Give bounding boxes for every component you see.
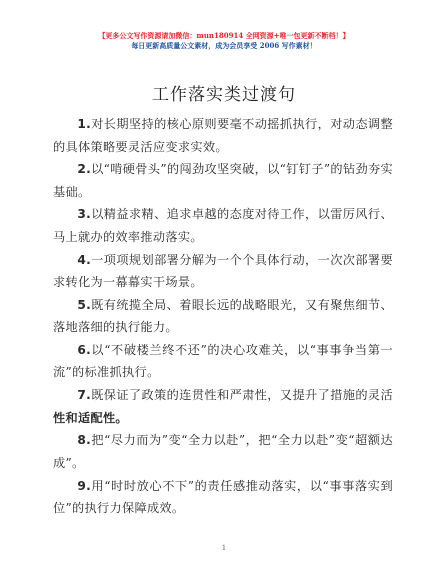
item-text: 以“啃硬骨头”的闯劲攻坚突破，以“钉钉子”的钻劲夯实基础。 bbox=[53, 162, 393, 199]
item-number: 6. bbox=[77, 343, 91, 357]
item-text: 把“尽力而为”变“全力以赴”，把“全力以赴”变“超额达成”。 bbox=[53, 433, 393, 470]
item-number: 1. bbox=[77, 117, 91, 131]
promo-line-2: 每日更新高质量公文素材，成为会员享受 2006 写作素材！ bbox=[0, 41, 448, 51]
item-text: 以“不破楼兰终不还”的决心攻难关，以“事事争当第一流”的标准抓执行。 bbox=[53, 343, 393, 380]
list-item-1: 1.对长期坚持的核心原则要毫不动摇抓执行，对动态调整的具体策略要灵活应变求实效。 bbox=[53, 113, 393, 158]
list-item-6: 6.以“不破楼兰终不还”的决心攻难关，以“事事争当第一流”的标准抓执行。 bbox=[53, 339, 393, 384]
item-text: 以精益求精、追求卓越的态度对待工作，以雷厉风行、马上就办的效率推动落实。 bbox=[53, 207, 393, 244]
promo-line-1: 【更多公文写作资源请加微信：mun180914 全网资源+唯一包更新不断档！】 bbox=[0, 31, 448, 41]
item-number: 3. bbox=[77, 207, 91, 221]
sentence-list: 1.对长期坚持的核心原则要毫不动摇抓执行，对动态调整的具体策略要灵活应变求实效。… bbox=[53, 113, 393, 520]
list-item-7: 7.既保证了政策的连贯性和严肃性，又提升了措施的灵活性和适配性。 bbox=[53, 384, 393, 429]
item-text: 既有统揽全局、着眼长远的战略眼光，又有聚焦细节、落地落细的执行能力。 bbox=[53, 298, 393, 335]
list-item-9: 9.用“时时放心不下”的责任感推动落实，以“事事落实到位”的执行力保障成效。 bbox=[53, 475, 393, 520]
list-item-5: 5.既有统揽全局、着眼长远的战略眼光，又有聚焦细节、落地落细的执行能力。 bbox=[53, 294, 393, 339]
item-text: 对长期坚持的核心原则要毫不动摇抓执行，对动态调整的具体策略要灵活应变求实效。 bbox=[53, 117, 393, 154]
item-text: 既保证了政策的连贯性和严肃性，又提升了措施的灵活 bbox=[91, 388, 393, 402]
item-text: 一项项规划部署分解为一个个具体行动，一次次部署要求转化为一幕幕实干场景。 bbox=[53, 253, 393, 290]
item-number: 8. bbox=[77, 433, 91, 447]
item-number: 4. bbox=[77, 253, 91, 267]
item-text: 用“时时放心不下”的责任感推动落实，以“事事落实到位”的执行力保障成效。 bbox=[53, 479, 393, 516]
list-item-2: 2.以“啃硬骨头”的闯劲攻坚突破，以“钉钉子”的钻劲夯实基础。 bbox=[53, 158, 393, 203]
page-number: 1 bbox=[0, 544, 448, 552]
list-item-8: 8.把“尽力而为”变“全力以赴”，把“全力以赴”变“超额达成”。 bbox=[53, 429, 393, 474]
item-text-bold-tail: 性和适配性。 bbox=[53, 411, 128, 425]
item-number: 5. bbox=[77, 298, 91, 312]
list-item-3: 3.以精益求精、追求卓越的态度对待工作，以雷厉风行、马上就办的效率推动落实。 bbox=[53, 203, 393, 248]
promo-banner: 【更多公文写作资源请加微信：mun180914 全网资源+唯一包更新不断档！】 … bbox=[0, 31, 448, 51]
item-number: 2. bbox=[77, 162, 91, 176]
document-title: 工作落实类过渡句 bbox=[0, 84, 448, 106]
document-page: 【更多公文写作资源请加微信：mun180914 全网资源+唯一包更新不断档！】 … bbox=[0, 0, 448, 580]
list-item-4: 4.一项项规划部署分解为一个个具体行动，一次次部署要求转化为一幕幕实干场景。 bbox=[53, 249, 393, 294]
item-number: 7. bbox=[77, 388, 91, 402]
item-number: 9. bbox=[77, 479, 91, 493]
